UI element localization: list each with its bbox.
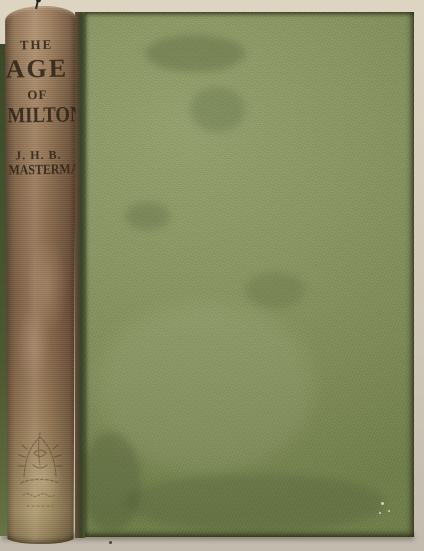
background-speck — [109, 541, 112, 544]
front-cover — [85, 12, 414, 537]
spine-author-surname: MASTERMAN — [8, 162, 69, 179]
cover-speck — [388, 510, 390, 512]
cover-stain — [145, 35, 245, 72]
book-spine: THE AGE OF MILTON J. H. B. MASTERMAN — [5, 6, 76, 544]
spine-author-initials: J. H. B. — [5, 147, 74, 163]
cover-speck — [381, 502, 384, 505]
cover-stain — [81, 432, 141, 532]
cover-stain — [245, 272, 305, 308]
cover-stain — [190, 87, 245, 132]
cover-stain — [125, 202, 170, 230]
cover-stain — [125, 474, 385, 532]
spine-title-line-1: THE — [5, 36, 72, 53]
cover-speck — [379, 512, 381, 514]
publisher-ornament-icon — [11, 425, 69, 517]
book-photo: THE AGE OF MILTON J. H. B. MASTERMAN — [0, 0, 424, 551]
spine-title-line-2: AGE — [5, 53, 73, 84]
spine-title-line-4: MILTON — [7, 101, 68, 128]
